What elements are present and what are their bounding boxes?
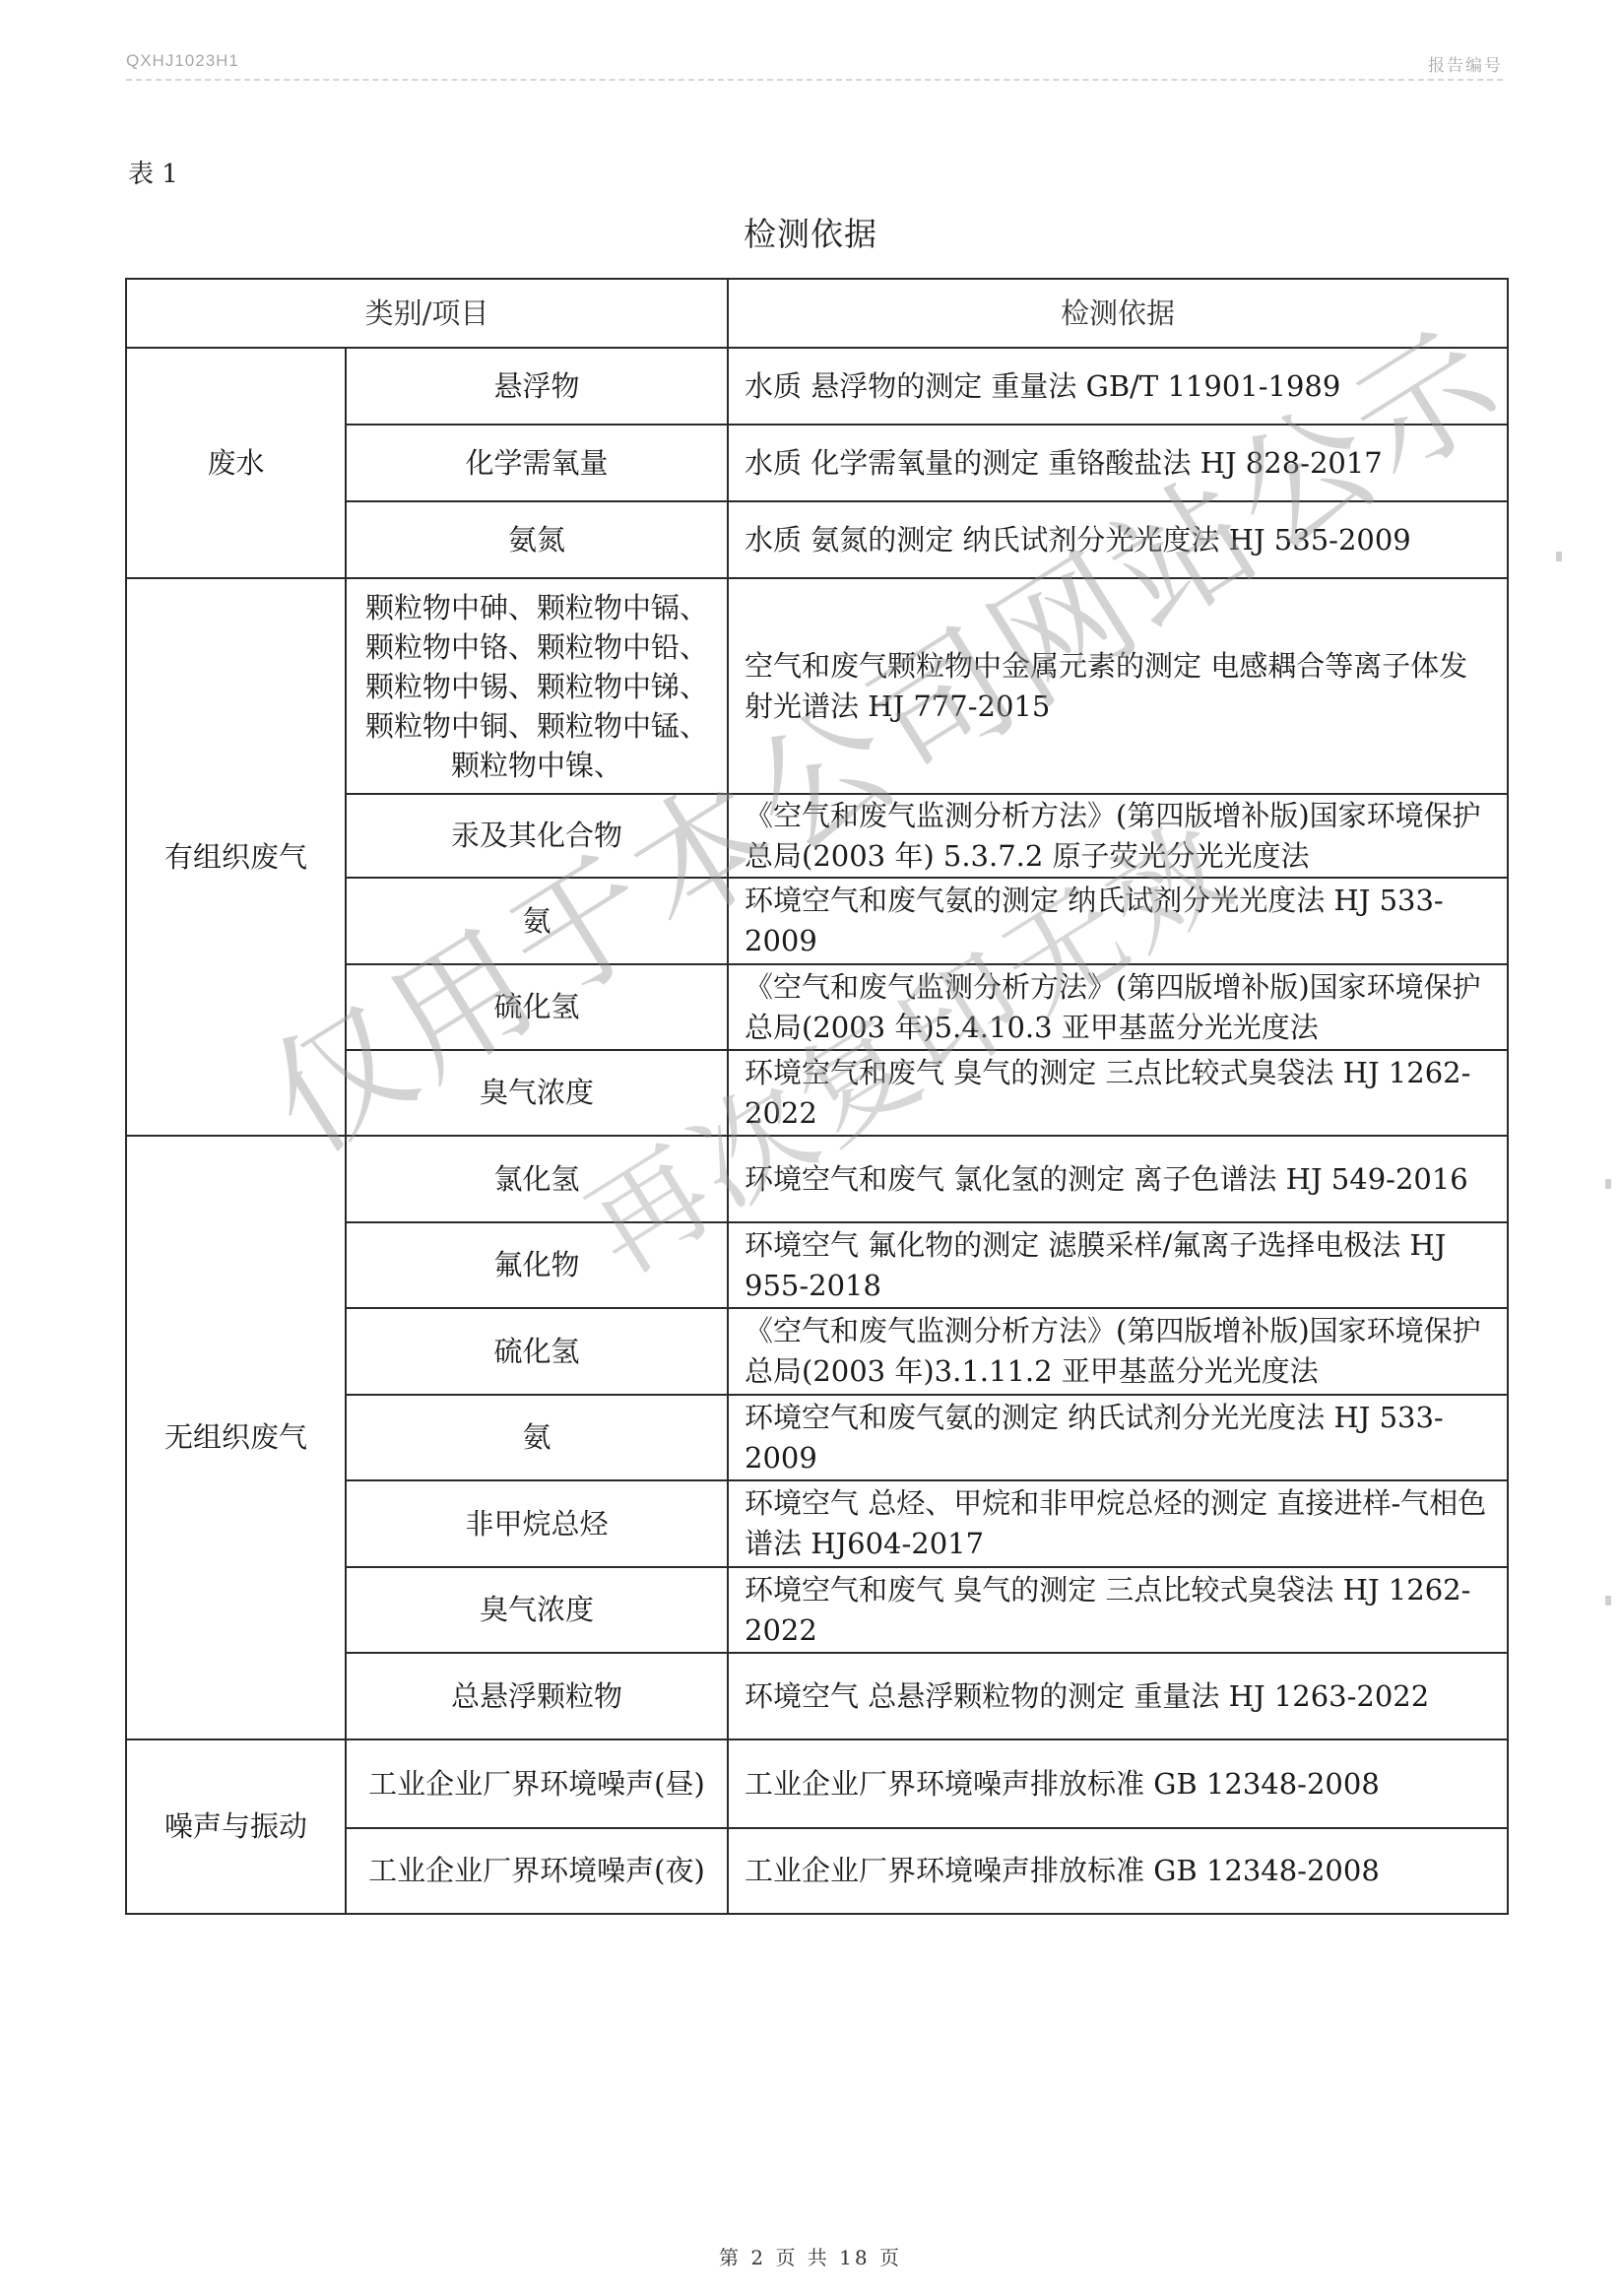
basis-cell: 环境空气和废气 臭气的测定 三点比较式臭袋法 HJ 1262-2022 (728, 1567, 1508, 1653)
item-cell: 非甲烷总烃 (346, 1480, 728, 1567)
scan-mark (1605, 1179, 1611, 1189)
basis-cell: 《空气和废气监测分析方法》(第四版增补版)国家环境保护总局(2003 年) 5.… (728, 794, 1508, 878)
scan-mark (1605, 1596, 1611, 1606)
basis-cell: 环境空气 总悬浮颗粒物的测定 重量法 HJ 1263-2022 (728, 1653, 1508, 1739)
header-category-item: 类别/项目 (126, 279, 728, 348)
basis-cell: 环境空气 总烃、甲烷和非甲烷总烃的测定 直接进样-气相色谱法 HJ604-201… (728, 1480, 1508, 1567)
item-cell: 臭气浓度 (346, 1567, 728, 1653)
basis-cell: 环境空气和废气 臭气的测定 三点比较式臭袋法 HJ 1262-2022 (728, 1050, 1508, 1136)
detection-basis-table: 类别/项目 检测依据 废水 悬浮物 水质 悬浮物的测定 重量法 GB/T 119… (125, 278, 1509, 1915)
item-cell: 工业企业厂界环境噪声(夜) (346, 1828, 728, 1914)
category-cell: 无组织废气 (126, 1136, 346, 1739)
table-row: 有组织废气 颗粒物中砷、颗粒物中镉、颗粒物中铬、颗粒物中铅、颗粒物中锡、颗粒物中… (126, 578, 1508, 794)
table-row: 废水 悬浮物 水质 悬浮物的测定 重量法 GB/T 11901-1989 (126, 348, 1508, 425)
basis-cell: 环境空气 氟化物的测定 滤膜采样/氟离子选择电极法 HJ 955-2018 (728, 1222, 1508, 1308)
page-footer: 第 2 页 共 18 页 (0, 2242, 1621, 2270)
header-basis: 检测依据 (728, 279, 1508, 348)
item-cell: 氨 (346, 1395, 728, 1480)
basis-cell: 空气和废气颗粒物中金属元素的测定 电感耦合等离子体发射光谱法 HJ 777-20… (728, 578, 1508, 794)
basis-cell: 《空气和废气监测分析方法》(第四版增补版)国家环境保护总局(2003 年)5.4… (728, 964, 1508, 1050)
table-row: 无组织废气 氯化氢 环境空气和废气 氯化氢的测定 离子色谱法 HJ 549-20… (126, 1136, 1508, 1222)
item-cell: 颗粒物中砷、颗粒物中镉、颗粒物中铬、颗粒物中铅、颗粒物中锡、颗粒物中锑、颗粒物中… (346, 578, 728, 794)
item-cell: 硫化氢 (346, 964, 728, 1050)
basis-cell: 环境空气和废气 氯化氢的测定 离子色谱法 HJ 549-2016 (728, 1136, 1508, 1222)
page-title: 检测依据 (0, 209, 1621, 255)
item-cell: 化学需氧量 (346, 425, 728, 501)
basis-cell: 《空气和废气监测分析方法》(第四版增补版)国家环境保护总局(2003 年)3.1… (728, 1308, 1508, 1395)
report-code: QXHJ1023H1 (126, 51, 239, 71)
item-cell: 臭气浓度 (346, 1050, 728, 1136)
table-row: 噪声与振动 工业企业厂界环境噪声(昼) 工业企业厂界环境噪声排放标准 GB 12… (126, 1739, 1508, 1828)
table-header-row: 类别/项目 检测依据 (126, 279, 1508, 348)
item-cell: 氟化物 (346, 1222, 728, 1308)
basis-cell: 水质 化学需氧量的测定 重铬酸盐法 HJ 828-2017 (728, 425, 1508, 501)
basis-cell: 工业企业厂界环境噪声排放标准 GB 12348-2008 (728, 1828, 1508, 1914)
basis-cell: 水质 悬浮物的测定 重量法 GB/T 11901-1989 (728, 348, 1508, 425)
report-number-label: 报告编号 (1428, 51, 1503, 76)
basis-cell: 环境空气和废气氨的测定 纳氏试剂分光光度法 HJ 533-2009 (728, 1395, 1508, 1480)
header-divider (126, 79, 1503, 81)
basis-cell: 工业企业厂界环境噪声排放标准 GB 12348-2008 (728, 1739, 1508, 1828)
basis-cell: 水质 氨氮的测定 纳氏试剂分光光度法 HJ 535-2009 (728, 501, 1508, 578)
item-cell: 工业企业厂界环境噪声(昼) (346, 1739, 728, 1828)
item-cell: 总悬浮颗粒物 (346, 1653, 728, 1739)
category-cell: 有组织废气 (126, 578, 346, 1136)
item-cell: 汞及其化合物 (346, 794, 728, 878)
table-label: 表 1 (128, 154, 178, 190)
scan-mark (1556, 552, 1562, 561)
item-cell: 氨 (346, 878, 728, 964)
item-cell: 悬浮物 (346, 348, 728, 425)
category-cell: 废水 (126, 348, 346, 578)
basis-cell: 环境空气和废气氨的测定 纳氏试剂分光光度法 HJ 533-2009 (728, 878, 1508, 964)
item-cell: 氯化氢 (346, 1136, 728, 1222)
category-cell: 噪声与振动 (126, 1739, 346, 1914)
item-cell: 硫化氢 (346, 1308, 728, 1395)
item-cell: 氨氮 (346, 501, 728, 578)
